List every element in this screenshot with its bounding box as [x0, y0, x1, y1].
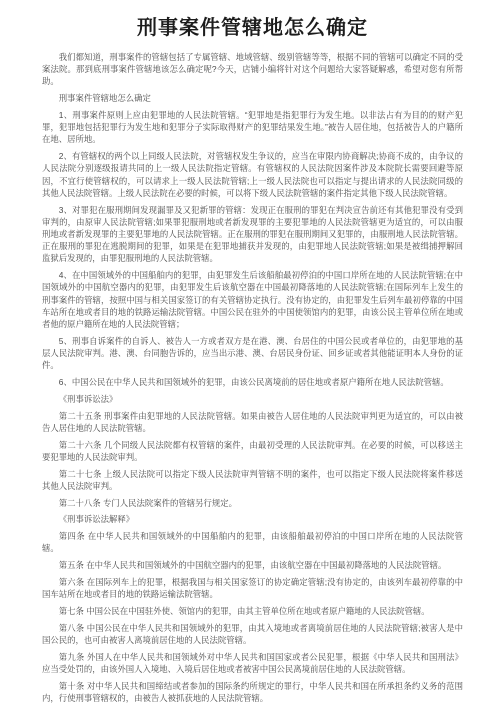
- interpretation-article-10: 第十条 对中华人民共和国缔结或者参加的国际条约所规定的罪行，中华人民共和国在所承…: [42, 680, 463, 704]
- interpretation-article-6: 第六条 在国际列车上的犯罪，根据我国与相关国家签订的协定确定管辖;没有协定的，由…: [42, 576, 463, 600]
- law-section-heading-criminal-procedure-law: 《刑事诉讼法》: [42, 393, 463, 405]
- law-section-heading-interpretation: 《刑事诉讼法解释》: [42, 513, 463, 525]
- numbered-point-2: 2、有管辖权的两个以上同级人民法院，对管辖权发生争议的，应当在审限内协商解决;协…: [42, 150, 463, 199]
- numbered-point-5: 5、刑事自诉案件的自诉人、被告人一方或者双方是在港、澳、台居住的中国公民或者单位…: [42, 335, 463, 372]
- interpretation-article-7: 第七条 中国公民在中国驻外使、领馆内的犯罪，由其主管单位所在地或者原户籍地的人民…: [42, 605, 463, 617]
- numbered-point-1: 1、刑事案件原则上应由犯罪地的人民法院管辖。“犯罪地是指犯罪行为发生地。以非法占…: [42, 109, 463, 146]
- interpretation-article-4: 第四条 在中华人民共和国领域外的中国船舶内的犯罪，由该船舶最初停泊的中国口岸所在…: [42, 530, 463, 554]
- numbered-point-6: 6、中国公民在中华人民共和国领域外的犯罪，由该公民离境前的居住地或者原户籍所在地…: [42, 376, 463, 388]
- interpretation-article-9: 第九条 外国人在中华人民共和国领域外对中华人民共和国国家或者公民犯罪，根据《中华…: [42, 651, 463, 675]
- interpretation-article-8: 第八条 中国公民在中华人民共和国领域外的犯罪，由其入境地或者离境前居住地的人民法…: [42, 622, 463, 646]
- interpretation-article-5: 第五条 在中华人民共和国领域外的中国航空器内的犯罪，由该航空器在中国最初降落地的…: [42, 559, 463, 571]
- law-article-28: 第二十八条 专门人民法院案件的管辖另行规定。: [42, 497, 463, 509]
- numbered-point-4: 4、在中国领域外的中国船舶内的犯罪，由犯罪发生后该船舶最初停泊的中国口岸所在地的…: [42, 269, 463, 330]
- law-article-25: 第二十五条 刑事案件由犯罪地的人民法院管辖。如果由被告人居住地的人民法院审判更为…: [42, 410, 463, 434]
- law-article-26: 第二十六条 几个同级人民法院都有权管辖的案件，由最初受理的人民法院审判。在必要的…: [42, 439, 463, 463]
- article-subheading: 刑事案件管辖地怎么确定: [42, 92, 463, 104]
- article-page: 刑事案件管辖地怎么确定 我们都知道，刑事案件的管辖包括了专属管辖、地域管辖、级别…: [0, 0, 504, 713]
- intro-paragraph: 我们都知道，刑事案件的管辖包括了专属管辖、地域管辖、级别管辖等等，根据不同的管辖…: [42, 51, 463, 88]
- article-title: 刑事案件管辖地怎么确定: [42, 15, 463, 42]
- law-article-27: 第二十七条 上级人民法院可以指定下级人民法院审判管辖不明的案件，也可以指定下级人…: [42, 468, 463, 492]
- numbered-point-3: 3、对罪犯在服刑期间发现漏罪及又犯新罪的管辖：发现正在服刑的罪犯在判决宣告前还有…: [42, 204, 463, 265]
